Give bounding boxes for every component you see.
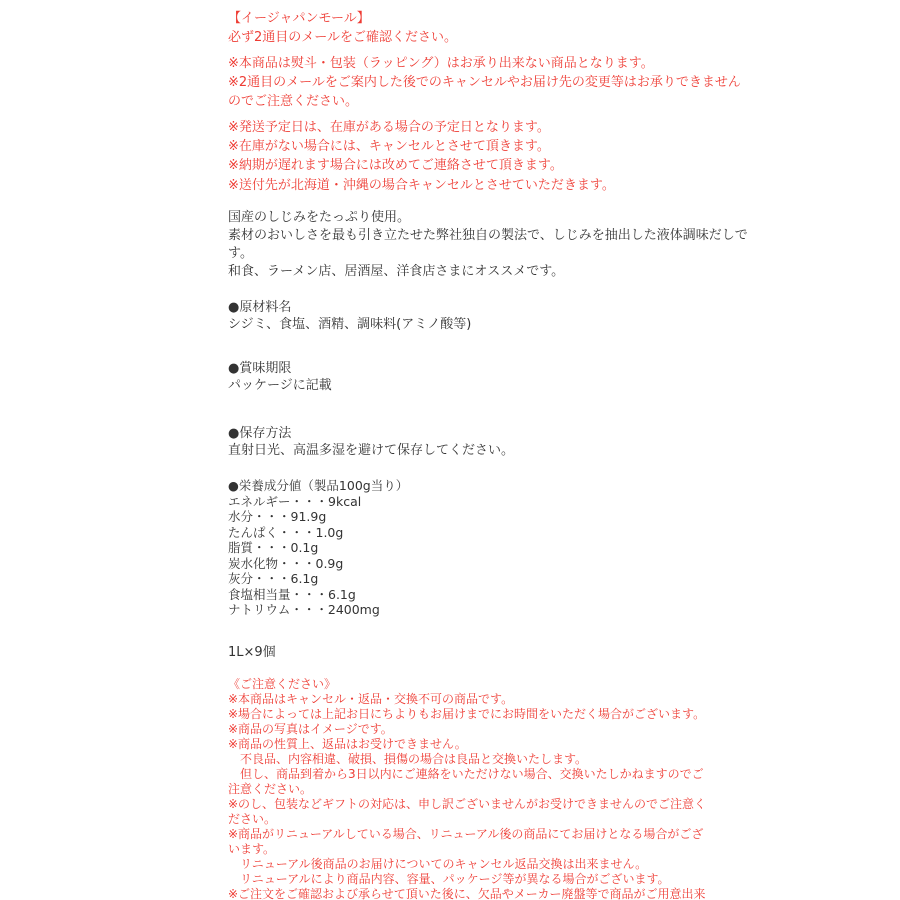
section-nutrition: ●栄養成分値（製品100g当り） エネルギー・・・9kcal 水分・・・91.9… [228, 478, 728, 618]
text-line: 不良品、内容相違、破損、損傷の場合は良品と交換いたします。 [228, 752, 728, 767]
text-line: シジミ、食塩、酒精、調味料(アミノ酸等) [228, 316, 728, 333]
section-heading: ●原材料名 [228, 299, 728, 316]
text-line: 国産のしじみをたっぷり使用。 [228, 209, 728, 227]
nutrition-row: 脂質・・・0.1g [228, 540, 728, 556]
product-description-page: 【イージャパンモール】 必ず2通目のメールをご確認ください。 ※本商品は熨斗・包… [0, 0, 900, 900]
section-package-quantity: 1L×9個 [228, 644, 728, 661]
text-line: ※本商品はキャンセル・返品・交換不可の商品です。 [228, 692, 728, 707]
text-line: ※本商品は熨斗・包装（ラッピング）はお承り出来ない商品となります。 [228, 54, 728, 73]
section-storage: ●保存方法 直射日光、高温多湿を避けて保存してください。 [228, 425, 728, 459]
text-line: ださい。 [228, 812, 728, 827]
text-line: 注意ください。 [228, 782, 728, 797]
text-line: ※送付先が北海道・沖縄の場合キャンセルとさせていただきます。 [228, 176, 728, 195]
text-line: リニューアルにより商品内容、容量、パッケージ等が異なる場合がございます。 [228, 872, 728, 887]
text-line: 1L×9個 [228, 644, 728, 661]
text-line: のでご注意ください。 [228, 92, 728, 111]
nutrition-row: 食塩相当量・・・6.1g [228, 587, 728, 603]
text-line: ※在庫がない場合には、キャンセルとさせて頂きます。 [228, 137, 728, 156]
section-mall-header: 【イージャパンモール】 必ず2通目のメールをご確認ください。 [228, 9, 728, 47]
nutrition-row: 水分・・・91.9g [228, 509, 728, 525]
text-line: 【イージャパンモール】 [228, 9, 728, 28]
text-line: ※場合によっては上記お日にちよりもお届けまでにお時間をいただく場合がございます。 [228, 707, 728, 722]
text-line: ※ご注文をご確認および承らせて頂いた後に、欠品やメーカー廃盤等で商品がご用意出来 [228, 887, 728, 900]
text-line: 但し、商品到着から3日以内にご連絡をいただけない場合、交換いたしかねますのでご [228, 767, 728, 782]
section-best-before: ●賞味期限 パッケージに記載 [228, 360, 728, 394]
text-line: います。 [228, 842, 728, 857]
text-line: ※納期が遅れます場合には改めてご連絡させて頂きます。 [228, 156, 728, 175]
text-line: 必ず2通目のメールをご確認ください。 [228, 28, 728, 47]
text-line: 素材のおいしさを最も引き立たせた弊社独自の製法で、しじみを抽出した液体調味だしで [228, 227, 728, 245]
nutrition-row: エネルギー・・・9kcal [228, 494, 728, 510]
section-shipping-notice: ※発送予定日は、在庫がある場合の予定日となります。 ※在庫がない場合には、キャン… [228, 118, 728, 175]
section-heading: 《ご注意ください》 [228, 677, 728, 692]
text-line: ※発送予定日は、在庫がある場合の予定日となります。 [228, 118, 728, 137]
section-region-notice: ※送付先が北海道・沖縄の場合キャンセルとさせていただきます。 [228, 176, 728, 195]
text-line: す。 [228, 245, 728, 263]
text-line: 直射日光、高温多湿を避けて保存してください。 [228, 442, 728, 459]
section-ingredients: ●原材料名 シジミ、食塩、酒精、調味料(アミノ酸等) [228, 299, 728, 333]
section-heading: ●栄養成分値（製品100g当り） [228, 478, 728, 494]
text-line: ※商品の写真はイメージです。 [228, 722, 728, 737]
text-line: ※商品がリニューアルしている場合、リニューアル後の商品にてお届けとなる場合がござ [228, 827, 728, 842]
nutrition-row: 灰分・・・6.1g [228, 571, 728, 587]
section-wrap-notice: ※本商品は熨斗・包装（ラッピング）はお承り出来ない商品となります。 ※2通目のメ… [228, 54, 728, 111]
nutrition-row: ナトリウム・・・2400mg [228, 602, 728, 618]
text-line: パッケージに記載 [228, 377, 728, 394]
nutrition-row: たんぱく・・・1.0g [228, 525, 728, 541]
text-line: 和食、ラーメン店、居酒屋、洋食店さまにオススメです。 [228, 263, 728, 281]
text-line: リニューアル後商品のお届けについてのキャンセル返品交換は出来ません。 [228, 857, 728, 872]
text-line: ※2通目のメールをご案内した後でのキャンセルやお届け先の変更等はお承りできません [228, 73, 728, 92]
section-caution-notes: 《ご注意ください》 ※本商品はキャンセル・返品・交換不可の商品です。 ※場合によ… [228, 677, 728, 900]
section-heading: ●保存方法 [228, 425, 728, 442]
text-line: ※商品の性質上、返品はお受けできません。 [228, 737, 728, 752]
section-heading: ●賞味期限 [228, 360, 728, 377]
text-line: ※のし、包装などギフトの対応は、申し訳ございませんがお受けできませんのでご注意く [228, 797, 728, 812]
nutrition-row: 炭水化物・・・0.9g [228, 556, 728, 572]
section-product-description: 国産のしじみをたっぷり使用。 素材のおいしさを最も引き立たせた弊社独自の製法で、… [228, 209, 728, 281]
